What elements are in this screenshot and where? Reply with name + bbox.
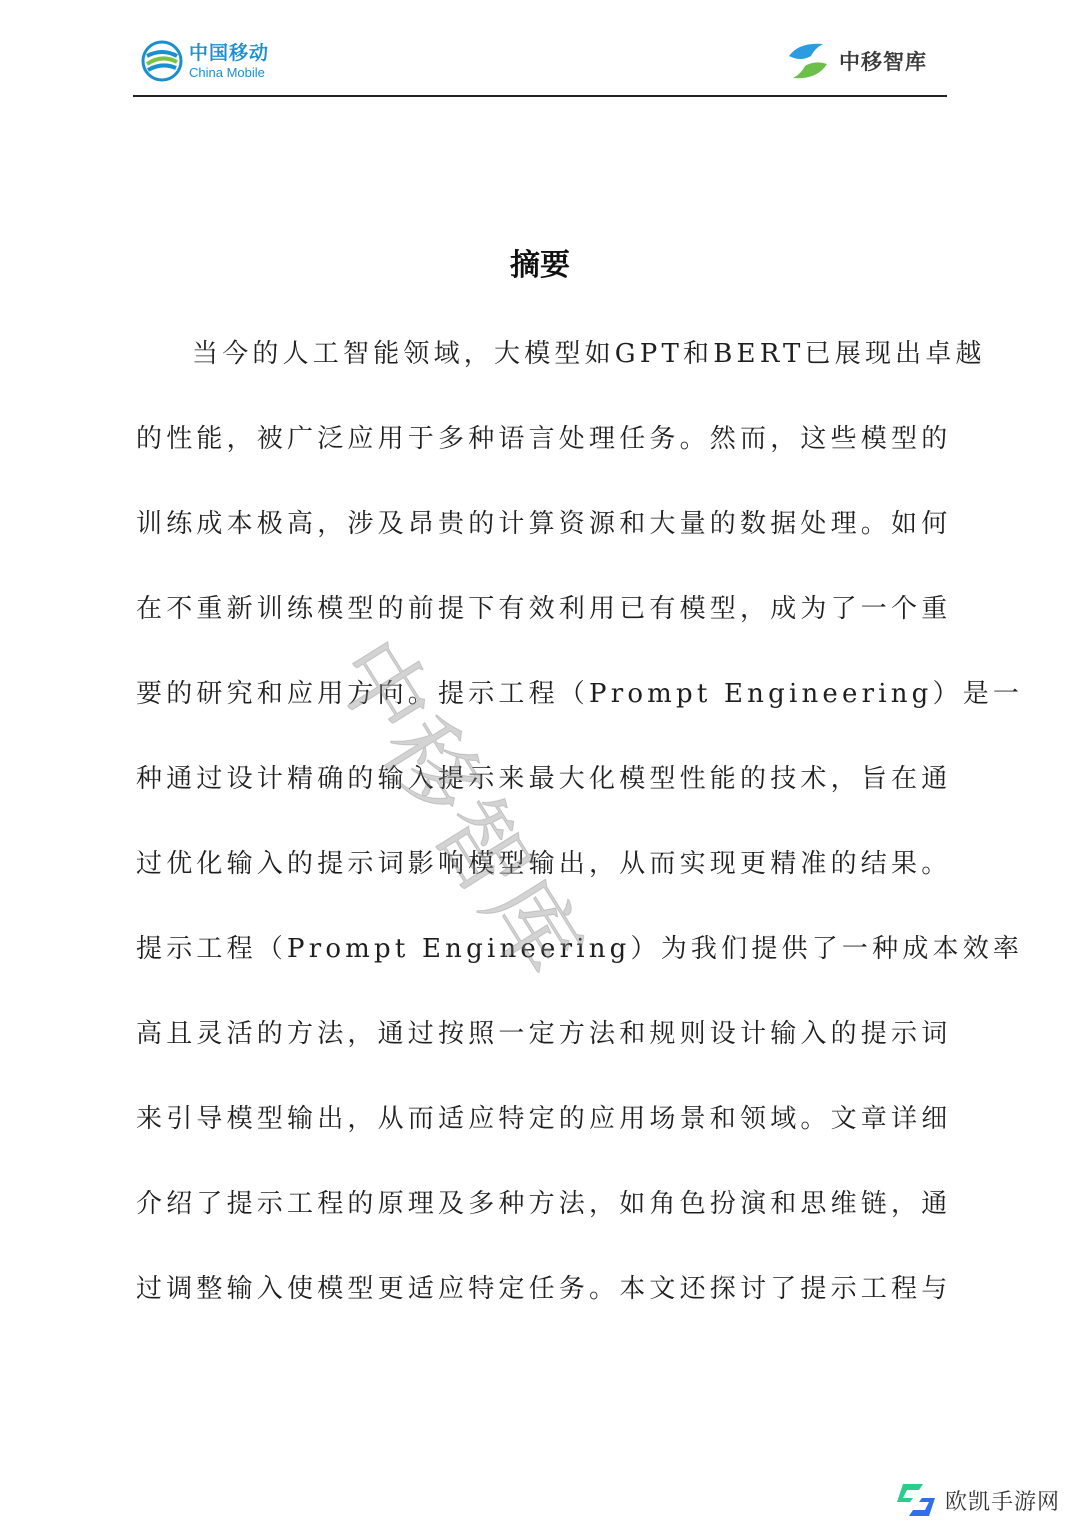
zhongyi-zhiku-logo: 中移智库 [785, 38, 927, 84]
page-header: 中国移动 China Mobile 中移智库 [133, 30, 947, 96]
china-mobile-cn: 中国移动 [189, 44, 269, 63]
body-line: 过优化输入的提示词影响模型输出，从而实现更精准的结果。 [136, 842, 946, 927]
body-line: 高且灵活的方法，通过按照一定方法和规则设计输入的提示词 [136, 1012, 946, 1097]
body-line: 要的研究和应用方向。提示工程（Prompt Engineering）是一 [136, 672, 946, 757]
abstract-body: 当今的人工智能领域，大模型如GPT和BERT已展现出卓越 的性能，被广泛应用于多… [136, 332, 946, 1352]
body-line: 当今的人工智能领域，大模型如GPT和BERT已展现出卓越 [136, 332, 946, 417]
body-line: 种通过设计精确的输入提示来最大化模型性能的技术，旨在通 [136, 757, 946, 842]
zhongyi-zhiku-text: 中移智库 [839, 46, 927, 76]
china-mobile-logo: 中国移动 China Mobile [141, 40, 269, 82]
zhongyi-zhiku-leaf-icon [785, 38, 831, 84]
body-line: 过调整输入使模型更适应特定任务。本文还探讨了提示工程与 [136, 1267, 946, 1352]
body-line: 在不重新训练模型的前提下有效利用已有模型，成为了一个重 [136, 587, 946, 672]
china-mobile-swirl-icon [141, 40, 183, 82]
body-line: 训练成本极高，涉及昂贵的计算资源和大量的数据处理。如何 [136, 502, 946, 587]
body-line: 的性能，被广泛应用于多种语言处理任务。然而，这些模型的 [136, 417, 946, 502]
okai-brand-icon [893, 1480, 939, 1520]
china-mobile-en: China Mobile [189, 66, 269, 79]
body-line: 介绍了提示工程的原理及多种方法，如角色扮演和思维链，通 [136, 1182, 946, 1267]
body-line: 来引导模型输出，从而适应特定的应用场景和领域。文章详细 [136, 1097, 946, 1182]
footer-brand: 欧凯手游网 [893, 1480, 1060, 1520]
page-title: 摘要 [0, 240, 1080, 284]
header-divider [133, 95, 947, 97]
footer-brand-text: 欧凯手游网 [945, 1485, 1060, 1516]
body-line: 提示工程（Prompt Engineering）为我们提供了一种成本效率 [136, 927, 946, 1012]
